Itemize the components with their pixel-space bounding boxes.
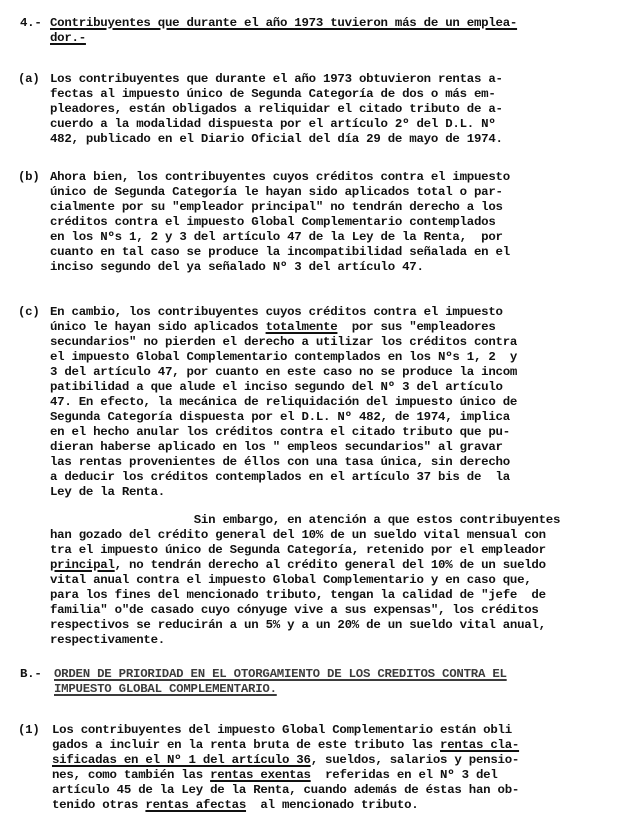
paragraph-line: único de Segunda Categoría le hayan sido…	[50, 185, 510, 200]
section-title-line: dor.-	[50, 31, 517, 46]
document-page: 4.- Contribuyentes que durante el año 19…	[0, 0, 630, 830]
paragraph-line: pleadores, están obligados a reliquidar …	[50, 102, 503, 117]
paragraph-line: fectas al impuesto único de Segunda Cate…	[50, 87, 503, 102]
paragraph-line: en los Nºs 1, 2 y 3 del artículo 47 de l…	[50, 230, 510, 245]
paragraph-line: cuanto en tal caso se produce la incompa…	[50, 245, 510, 260]
paragraph-line: sificadas en el Nº 1 del artículo 36, su…	[52, 753, 519, 768]
paragraph-line: 3 del artículo 47, por cuanto en este ca…	[50, 365, 517, 380]
paragraph-line: 482, publicado en el Diario Oficial del …	[50, 132, 503, 147]
paragraph-line: respectivos se reducirán a un 5% y a un …	[50, 618, 560, 633]
paragraph-line: gados a incluir en la renta bruta de est…	[52, 738, 519, 753]
emphasis-underline: rentas exentas	[210, 768, 311, 782]
paragraph-line: créditos contra el impuesto Global Compl…	[50, 215, 510, 230]
paragraph-line: Los contribuyentes que durante el año 19…	[50, 72, 503, 87]
section-title-line: ORDEN DE PRIORIDAD EN EL OTORGAMIENTO DE…	[54, 667, 507, 682]
paragraph-line: único le hayan sido aplicados totalmente…	[50, 320, 517, 335]
paragraph-line: cuerdo a la modalidad dispuesta por el a…	[50, 117, 503, 132]
section-title-line: Contribuyentes que durante el año 1973 t…	[50, 16, 517, 31]
paragraph-line: las rentas provenientes de éllos con una…	[50, 455, 517, 470]
section-title-line: IMPUESTO GLOBAL COMPLEMENTARIO.	[54, 682, 507, 697]
paragraph-line: 47. En efecto, la mecánica de reliquidac…	[50, 395, 517, 410]
paragraph-line: principal, no tendrán derecho al crédito…	[50, 558, 560, 573]
paragraph-line: para los fines del mencionado tributo, t…	[50, 588, 560, 603]
paragraph-line: Los contribuyentes del impuesto Global C…	[52, 723, 519, 738]
paragraph-line: artículo 45 de la Ley de la Renta, cuand…	[52, 783, 519, 798]
paragraph-label: (a)	[18, 72, 40, 87]
emphasis-underline: rentas afectas	[145, 798, 246, 812]
emphasis-underline: sificadas en el Nº 1 del artículo 36	[52, 753, 311, 767]
emphasis-underline: totalmente	[266, 320, 338, 334]
paragraph-line: dieran haberse aplicado en los " empleos…	[50, 440, 517, 455]
paragraph-line: Segunda Categoría dispuesta por el D.L. …	[50, 410, 517, 425]
emphasis-underline: rentas cla-	[440, 738, 519, 752]
paragraph-line: cialmente por su "empleador principal" n…	[50, 200, 510, 215]
section-number: B.-	[20, 667, 42, 682]
paragraph-line: familia" o"de casado cuyo cónyuge vive a…	[50, 603, 560, 618]
paragraph-line: a deducir los créditos contemplados en e…	[50, 470, 517, 485]
paragraph-line: Ley de la Renta.	[50, 485, 517, 500]
paragraph-label: (1)	[18, 723, 40, 738]
paragraph-line: secundarios" no pierden el derecho a uti…	[50, 335, 517, 350]
paragraph-line: Sin embargo, en atención a que estos con…	[50, 513, 560, 528]
paragraph-line: Ahora bien, los contribuyentes cuyos cré…	[50, 170, 510, 185]
paragraph-sin-embargo: Sin embargo, en atención a que estos con…	[50, 513, 560, 648]
paragraph-line: nes, como también las rentas exentas ref…	[52, 768, 519, 783]
paragraph-line: inciso segundo del ya señalado Nº 3 del …	[50, 260, 510, 275]
paragraph-label: (c)	[18, 305, 40, 320]
emphasis-underline: principal	[50, 558, 115, 572]
paragraph-line: vital anual contra el impuesto Global Co…	[50, 573, 560, 588]
paragraph-line: En cambio, los contribuyentes cuyos créd…	[50, 305, 517, 320]
paragraph-line: en el hecho anular los créditos contra e…	[50, 425, 517, 440]
section-number: 4.-	[20, 16, 42, 31]
paragraph-line: el impuesto Global Complementario contem…	[50, 350, 517, 365]
paragraph-line: respectivamente.	[50, 633, 560, 648]
paragraph-line: tra el impuesto único de Segunda Categor…	[50, 543, 560, 558]
paragraph-label: (b)	[18, 170, 40, 185]
paragraph-line: patibilidad a que alude el inciso segund…	[50, 380, 517, 395]
paragraph-line: tenido otras rentas afectas al mencionad…	[52, 798, 519, 813]
paragraph-line: han gozado del crédito general del 10% d…	[50, 528, 560, 543]
